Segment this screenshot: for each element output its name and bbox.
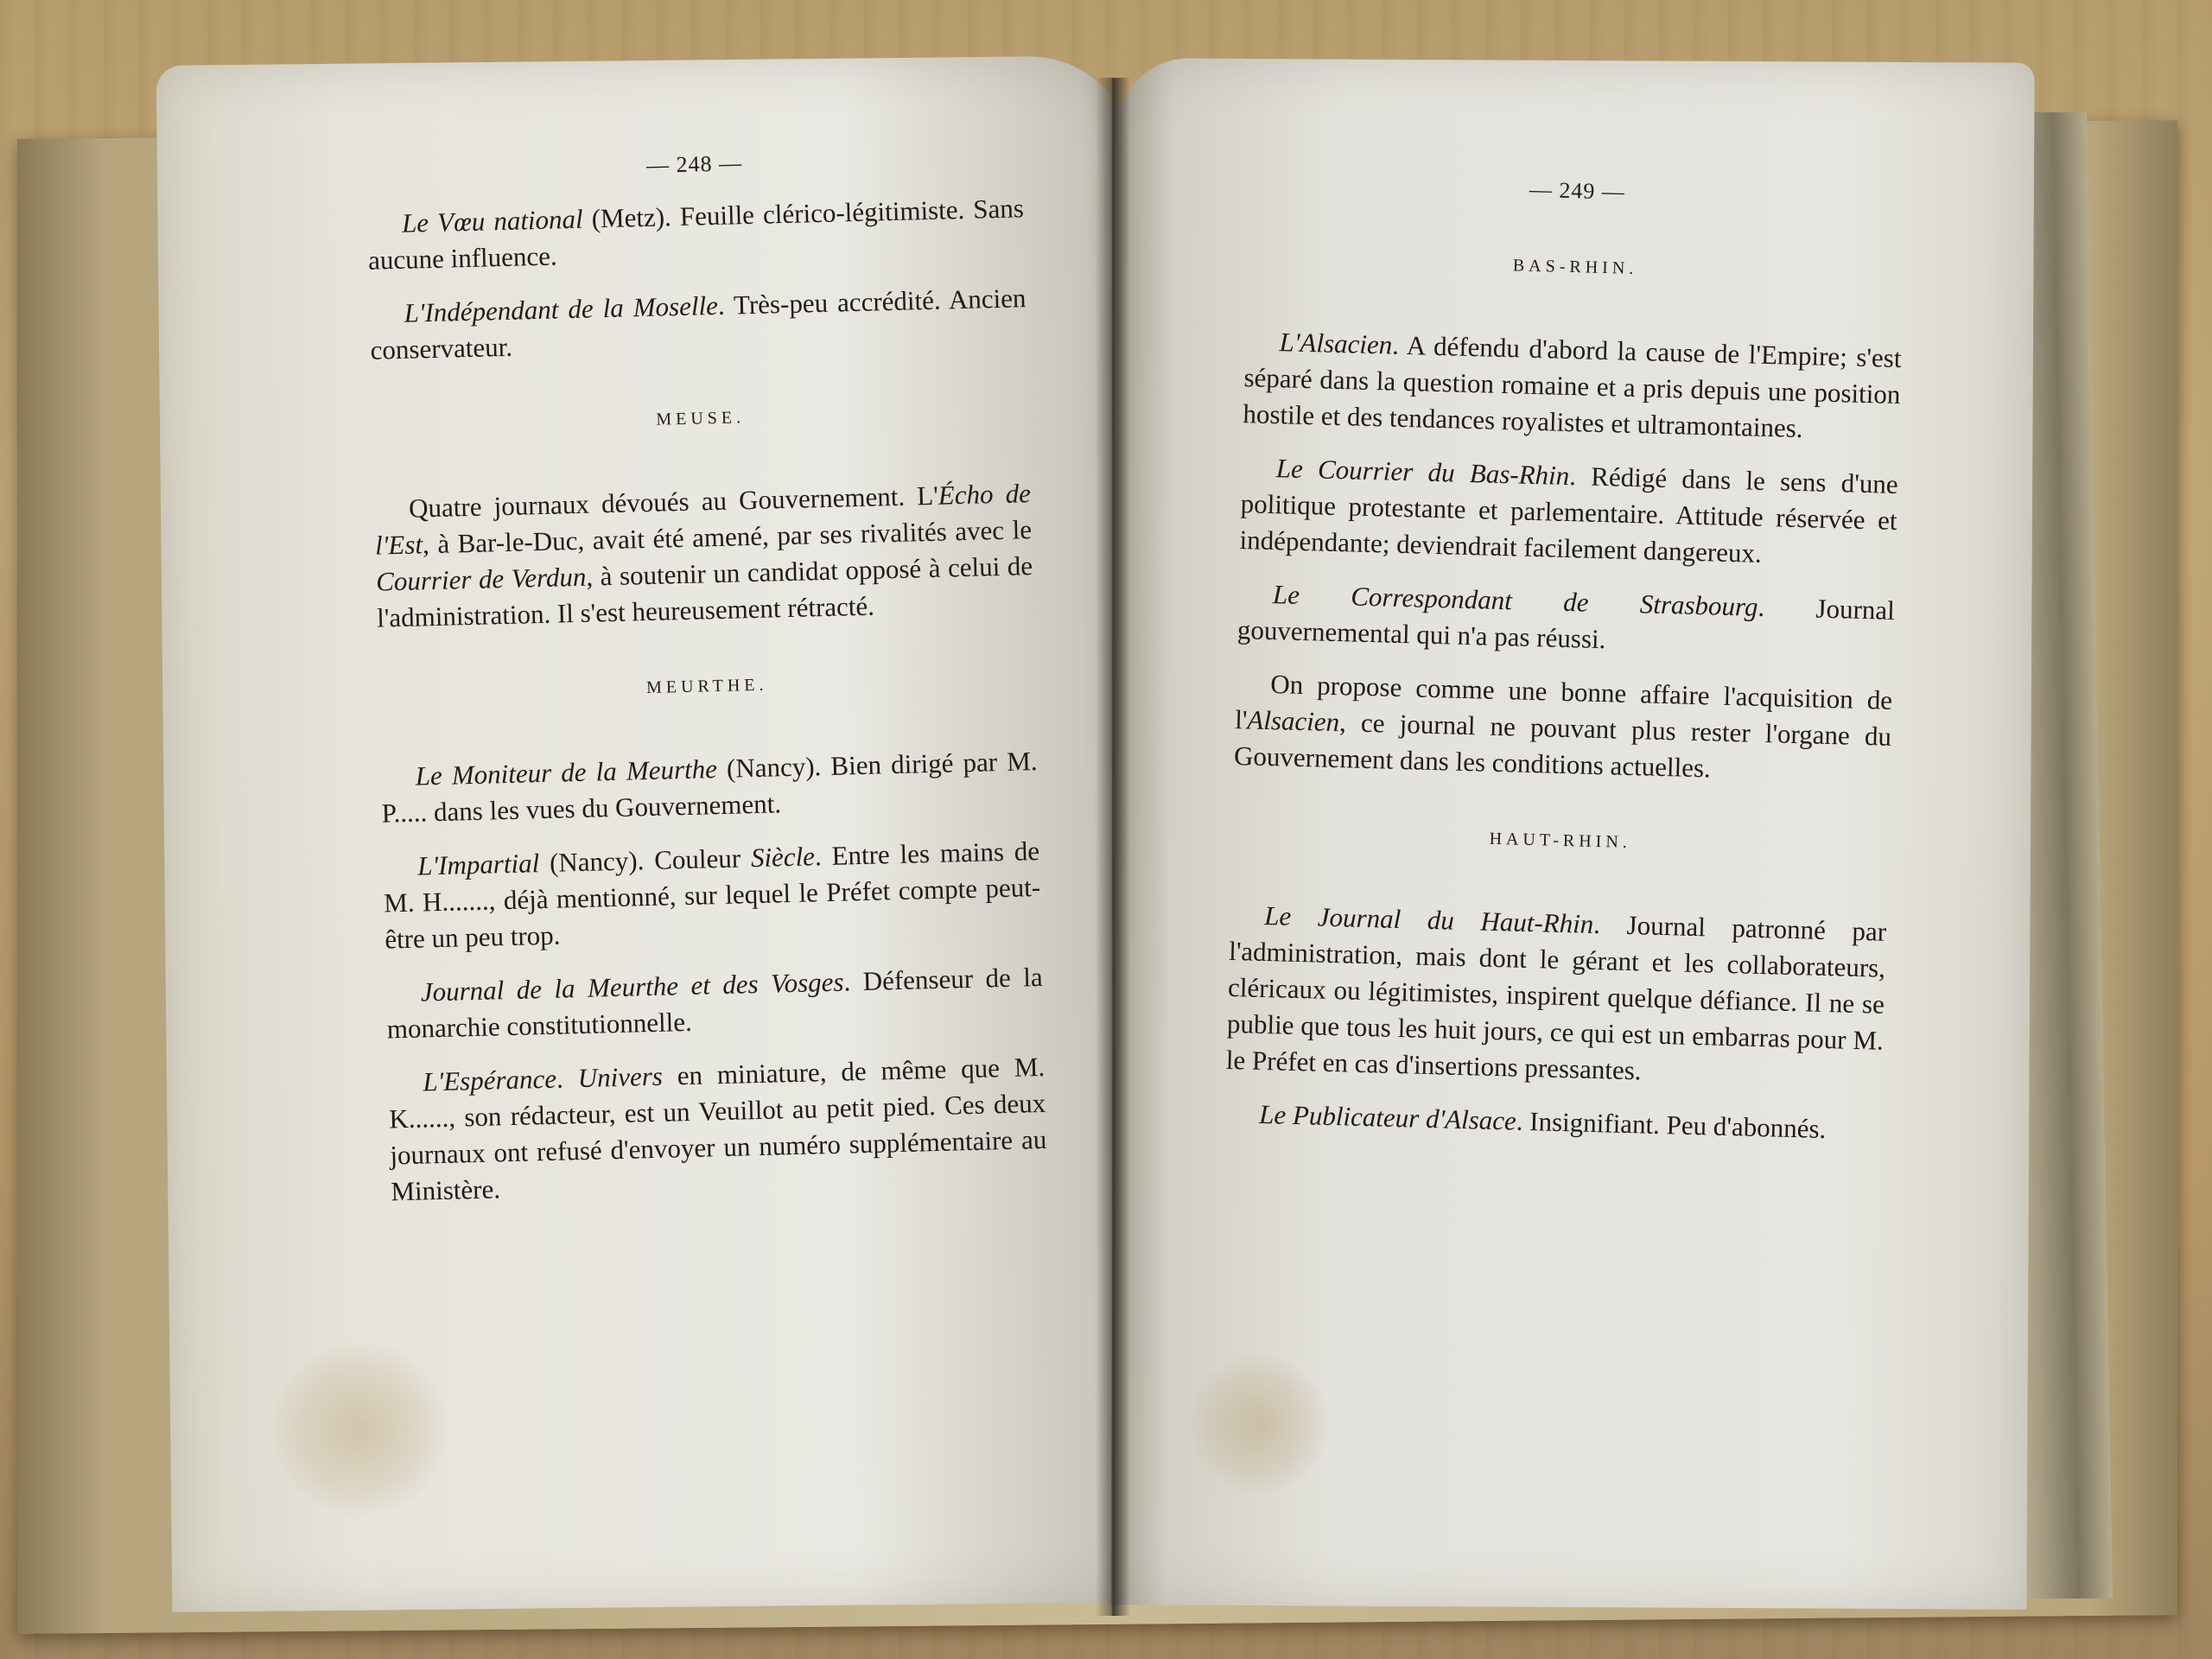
newspaper-title: Le Courrier du Bas-Rhin (1275, 453, 1569, 491)
newspaper-title: Univers (577, 1061, 663, 1093)
right-page: — 249 — BAS-RHIN.L'Alsacien. A défendu d… (1110, 58, 2034, 1610)
page-number: — 249 — (1249, 164, 1906, 218)
book-gutter (1096, 78, 1130, 1616)
paragraph: Le Vœu national (Metz). Feuille clérico-… (367, 190, 1026, 279)
paragraph: L'Impartial (Nancy). Couleur Siècle. Ent… (383, 833, 1042, 958)
body-text: . Insignifiant. Peu d'abonnés. (1516, 1106, 1826, 1144)
paragraph: Quatre journaux dévoués au Gouvernement.… (374, 475, 1034, 637)
paragraph: L'Espérance. Univers en miniature, de mê… (388, 1049, 1048, 1211)
left-page: — 248 — Le Vœu national (Metz). Feuille … (156, 55, 1149, 1612)
paragraph: L'Alsacien. A défendu d'abord la cause d… (1243, 323, 1902, 449)
section-heading: MEURTHE. (378, 660, 1036, 713)
body-text: (Nancy). Couleur (539, 842, 752, 878)
paragraph: Le Moniteur de la Meurthe (Nancy). Bien … (380, 743, 1039, 832)
foxing-stain (1189, 1355, 1328, 1494)
newspaper-title: Le Journal du Haut-Rhin (1264, 900, 1594, 939)
section-heading: MEUSE. (372, 392, 1029, 445)
paragraph: Le Courrier du Bas-Rhin. Rédigé dans le … (1239, 449, 1898, 575)
newspaper-title: Le Vœu national (402, 204, 583, 238)
newspaper-title: Courrier de Verdun (376, 562, 587, 597)
paragraph: On propose comme une bonne affaire l'acq… (1234, 665, 1893, 791)
newspaper-title: L'Impartial (417, 848, 540, 880)
body-text: Quatre journaux dévoués au Gouvernement.… (409, 480, 939, 524)
paragraph: Le Journal du Haut-Rhin. Journal patronn… (1225, 897, 1886, 1096)
paragraph: L'Indépendant de la Moselle. Très-peu ac… (369, 280, 1027, 369)
newspaper-title: Alsacien (1247, 704, 1340, 737)
foxing-stain (273, 1342, 448, 1516)
newspaper-title: Le Publicateur d'Alsace (1259, 1099, 1516, 1136)
newspaper-title: Le Moniteur de la Meurthe (415, 753, 717, 791)
left-page-text: — 248 — Le Vœu national (Metz). Feuille … (365, 138, 1048, 1227)
paragraph: Journal de la Meurthe et des Vosges. Déf… (385, 959, 1044, 1048)
left-top-entries: Le Vœu national (Metz). Feuille clérico-… (367, 190, 1027, 369)
newspaper-title: Journal de la Meurthe et des Vosges (420, 967, 844, 1007)
body-text: . (556, 1063, 579, 1094)
section-heading: HAUT-RHIN. (1231, 814, 1889, 868)
right-page-text: — 249 — BAS-RHIN.L'Alsacien. A défendu d… (1224, 164, 1906, 1166)
left-sections: MEUSE.Quatre journaux dévoués au Gouvern… (372, 392, 1047, 1210)
newspaper-title: L'Alsacien (1279, 327, 1392, 359)
newspaper-title: L'Indépendant de la Moselle (404, 290, 718, 328)
page-number: — 248 — (365, 138, 1023, 191)
paragraph: Le Publicateur d'Alsace. Insignifiant. P… (1224, 1096, 1882, 1149)
right-sections: BAS-RHIN.L'Alsacien. A défendu d'abord l… (1224, 240, 1904, 1149)
paragraph: Le Correspondant de Strasbourg. Journal … (1236, 575, 1895, 665)
newspaper-title: L'Espérance (423, 1064, 557, 1097)
newspaper-title: Siècle (751, 841, 816, 873)
newspaper-title: Le Correspondant de Strasbourg (1273, 579, 1758, 622)
section-heading: BAS-RHIN. (1247, 240, 1904, 294)
